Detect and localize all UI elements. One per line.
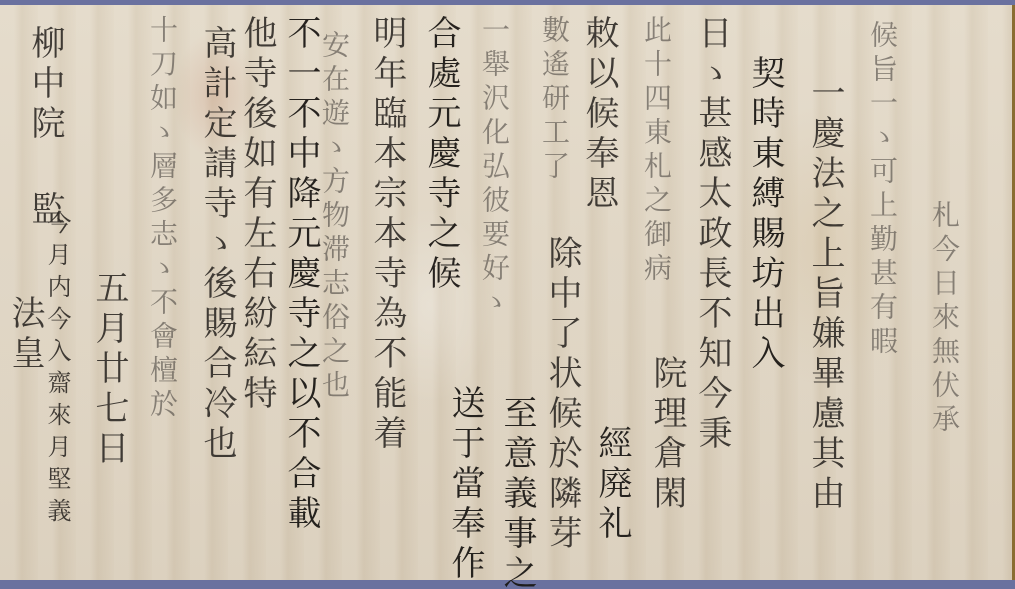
manuscript-column: 此十四東札之御病 <box>642 15 670 287</box>
signature-column: 法皇 <box>8 295 42 375</box>
manuscript-column: 一慶法之上旨嫌畢慮其由 <box>808 75 842 515</box>
manuscript-column: 至意義事之 <box>500 395 534 589</box>
manuscript-column: 候旨一ゝ可上勤甚有暇 <box>868 20 896 360</box>
manuscript-column: 不一不中降元慶寺之以不合載 <box>284 15 318 535</box>
addressee-column: 柳中院 監 <box>28 25 62 231</box>
date-column: 五月廿七日 <box>92 270 126 470</box>
manuscript-paper: 札今日來無伏承 候旨一ゝ可上勤甚有暇 一慶法之上旨嫌畢慮其由 契時東縛賜坊出入 … <box>0 5 1015 580</box>
manuscript-column: 院理倉閑 <box>650 355 684 515</box>
manuscript-column: 合處元慶寺之候 <box>424 15 458 295</box>
manuscript-column: 一舉沢化弘彼要好ゝ <box>480 15 508 321</box>
manuscript-column: 他寺後如有左右紛紜特 <box>240 15 274 415</box>
manuscript-column: 明年臨本宗本寺為不能着 <box>370 15 404 455</box>
manuscript-column: 札今日來無伏承 <box>930 200 958 438</box>
manuscript-column: 高計定請寺ゝ後賜合冷也 <box>200 25 234 465</box>
manuscript-column: 安在遊ゝ方物滞志俗之也 <box>320 30 348 404</box>
manuscript-column: 數遙研工了 <box>540 15 568 185</box>
manuscript-column: 送于當奉作 <box>448 385 482 585</box>
manuscript-column: 契時東縛賜坊出入 <box>748 55 782 375</box>
manuscript-column: 除中了状候於隣芽 <box>545 235 579 555</box>
manuscript-column: 十刀如ゝ層多志ゝ不會檀於 <box>148 15 176 423</box>
manuscript-column: 日ゝ甚感太政長不知今秉 <box>695 15 729 455</box>
manuscript-column: 經廃礼 <box>595 425 629 545</box>
manuscript-column: 敕以候奉恩 <box>582 15 616 215</box>
manuscript-column: 今月内今入齋來月堅義 <box>45 210 69 530</box>
